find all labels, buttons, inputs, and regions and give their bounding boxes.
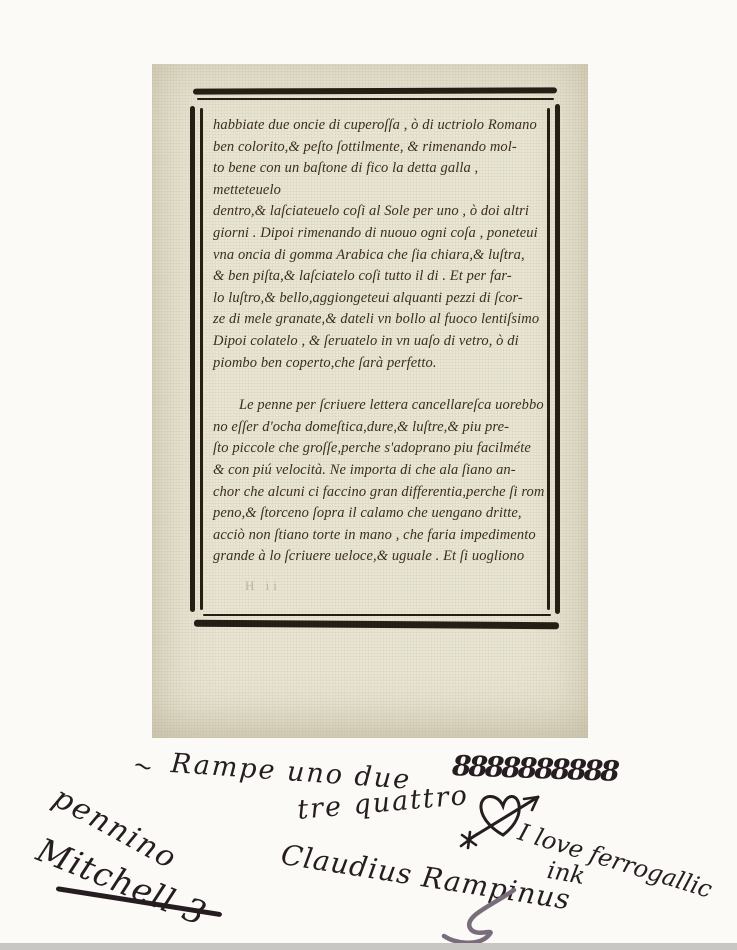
printed-text-line: ſto piccole che groſſe,perche s'adoprano… bbox=[213, 438, 545, 460]
frame-border-top-outer bbox=[193, 87, 557, 94]
printed-text-line: habbiate due oncie di cuperoſſa , ò di u… bbox=[213, 115, 545, 137]
pen-practice-eights: 8888888888 bbox=[451, 749, 617, 788]
printed-text-line: & con piú velocità. Ne importa di che al… bbox=[213, 460, 545, 482]
printed-text-line: & ben piſta,& laſciatelo coſi tutto il d… bbox=[213, 266, 545, 288]
printed-text-block: habbiate due oncie di cuperoſſa , ò di u… bbox=[213, 115, 545, 568]
printed-text-line: to bene con un baſtone di fico la detta … bbox=[213, 158, 545, 201]
frame-border-left-inner bbox=[200, 108, 203, 610]
printed-text-line: Dipoi colatelo , & ſeruatelo in vn uaſo … bbox=[213, 331, 545, 353]
printed-text-line: acciò non ſtiano torte in mano , che far… bbox=[213, 525, 545, 547]
frame-border-bottom-inner bbox=[203, 614, 551, 616]
printed-text-line: grande à lo ſcriuere ueloce,& uguale . E… bbox=[213, 546, 545, 568]
printed-text-line: no eſſer d'ocha domeſtica,dure,& luſtre,… bbox=[213, 417, 545, 439]
printed-text-line: vna oncia di gomma Arabica che ſia chiar… bbox=[213, 245, 545, 267]
frame-border-right-outer bbox=[555, 104, 560, 614]
frame-border-bottom-outer bbox=[194, 620, 559, 630]
woodcut-rule-frame: habbiate due oncie di cuperoſſa , ò di u… bbox=[190, 88, 560, 628]
scanner-edge-strip bbox=[0, 943, 737, 950]
printed-text-line: Le penne per ſcriuere lettera cancellare… bbox=[213, 395, 545, 417]
printed-paragraph-quills: Le penne per ſcriuere lettera cancellare… bbox=[213, 395, 545, 568]
printed-text-line: ben colorito,& peſto ſottilmente, & rime… bbox=[213, 137, 545, 159]
signature-mark: H ii bbox=[245, 578, 281, 594]
frame-border-right-inner bbox=[547, 108, 550, 610]
frame-border-left-outer bbox=[190, 106, 195, 612]
scanned-book-photo: habbiate due oncie di cuperoſſa , ò di u… bbox=[152, 64, 588, 738]
printed-paragraph-ink-recipe: habbiate due oncie di cuperoſſa , ò di u… bbox=[213, 115, 545, 374]
printed-text-line: piombo ben coperto,che ſarà perfetto. bbox=[213, 353, 545, 375]
printed-text-line: giorni . Dipoi rimenando di nuouo ogni c… bbox=[213, 223, 545, 245]
printed-text-line: lo luſtro,& bello,aggiongeteui alquanti … bbox=[213, 288, 545, 310]
scanned-document-page: habbiate due oncie di cuperoſſa , ò di u… bbox=[0, 0, 737, 950]
printed-text-line: ze di mele granate,& dateli vn bollo al … bbox=[213, 309, 545, 331]
handwritten-dash: ~ bbox=[129, 750, 157, 783]
printed-text-line: chor che alcuni ci faccino gran differen… bbox=[213, 482, 545, 504]
frame-border-top-inner bbox=[197, 98, 554, 100]
heart-arrow-doodle bbox=[458, 788, 553, 850]
signature-flourish bbox=[436, 886, 534, 948]
printed-text-line: dentro,& laſciateuelo coſi al Sole per u… bbox=[213, 201, 545, 223]
printed-text-line: peno,& ſtorceno ſopra il calamo che ueng… bbox=[213, 503, 545, 525]
